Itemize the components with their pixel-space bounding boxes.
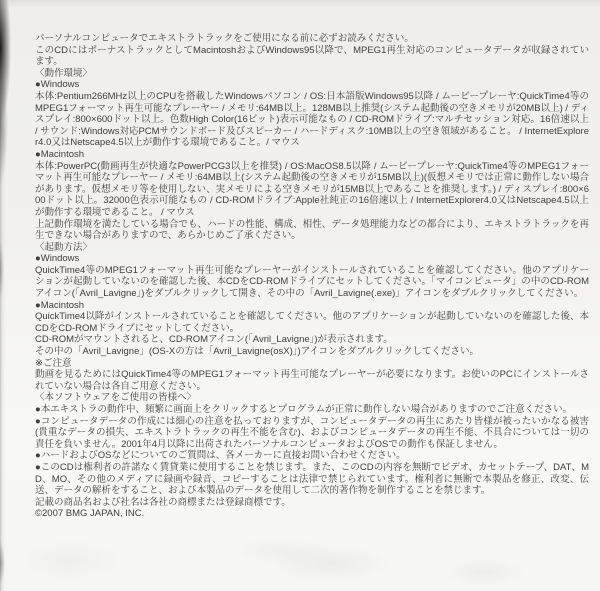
env-windows-label: ●Windows bbox=[35, 79, 589, 91]
trademark-notice: 記載の商品名および社名は各社の商標または登録商標です。 bbox=[35, 497, 589, 509]
env-disclaimer: 上記動作環境を満たしている場合でも、ハードの性能、構成、相性、データ処理能力など… bbox=[35, 219, 589, 242]
caution-body: 動画を見るためにはQuickTime4等のMPEG1フォーマット再生可能なプレー… bbox=[35, 369, 589, 392]
scan-left-edge-artifact bbox=[0, 0, 18, 591]
users-bullet-copy-prohibition: ●このCDは権利者の許諾なく賃貸業に使用することを禁じます。また、このCDの内容… bbox=[35, 462, 589, 497]
env-windows-requirements: 本体:Pentium266MHz以上のCPUを搭載したWindowsパソコン /… bbox=[35, 91, 589, 149]
document-body: パーソナルコンピュータでエキストラトラックをご使用になる前に必ずお読みください。… bbox=[35, 33, 589, 520]
scan-top-edge-artifact bbox=[0, 0, 600, 10]
env-macintosh-requirements: 本体:PowerPC(動画再生が快適なPowerPCG3以上を推奨) / OS:… bbox=[35, 161, 589, 219]
launch-macintosh-instructions-3: その中の「Avril_Lavigne」(OS-Xの方は「Avril_Lavign… bbox=[35, 346, 589, 358]
users-bullet-hardware-questions: ●ハードおよびOSなどについてのご質問は、各メーカーに直接お問い合わせください。 bbox=[35, 450, 589, 462]
copyright-line: ©2007 BMG JAPAN, INC. bbox=[35, 508, 589, 520]
caution-heading: ※ご注意 bbox=[35, 358, 589, 370]
scanned-readme-page: パーソナルコンピュータでエキストラトラックをご使用になる前に必ずお読みください。… bbox=[0, 0, 600, 591]
users-bullet-liability: ●コンピュータデータの作成には細心の注意を払っておりますが、コンピュータデータの… bbox=[35, 416, 589, 451]
env-macintosh-label: ●Macintosh bbox=[35, 149, 589, 161]
section-heading-launch-method: 〈起動方法〉 bbox=[35, 242, 589, 254]
section-heading-operating-environment: 〈動作環境〉 bbox=[35, 68, 589, 80]
launch-macintosh-instructions-2: CD-ROMがマウントされると、CD-ROMアイコン(「Avril_Lavign… bbox=[35, 334, 589, 346]
section-heading-software-users: 〈本ソフトウェアをご使用の皆様へ〉 bbox=[35, 392, 589, 404]
users-bullet-click-warning: ●本エキストラの動作中、頻繁に画面上をクリックするとプログラムが正常に動作しない… bbox=[35, 404, 589, 416]
launch-windows-label: ●Windows bbox=[35, 253, 589, 265]
launch-macintosh-label: ●Macintosh bbox=[35, 300, 589, 312]
intro-line-2: このCDにはボーナストラックとしてMacintoshおよびWindows95以降… bbox=[35, 45, 589, 68]
intro-line-1: パーソナルコンピュータでエキストラトラックをご使用になる前に必ずお読みください。 bbox=[35, 33, 589, 45]
launch-macintosh-instructions-1: QuickTime4以降がインストールされていることを確認してください。他のアプ… bbox=[35, 311, 589, 334]
launch-windows-instructions: QuickTime4等のMPEG1フォーマット再生可能なプレーヤーがインストール… bbox=[35, 265, 589, 300]
